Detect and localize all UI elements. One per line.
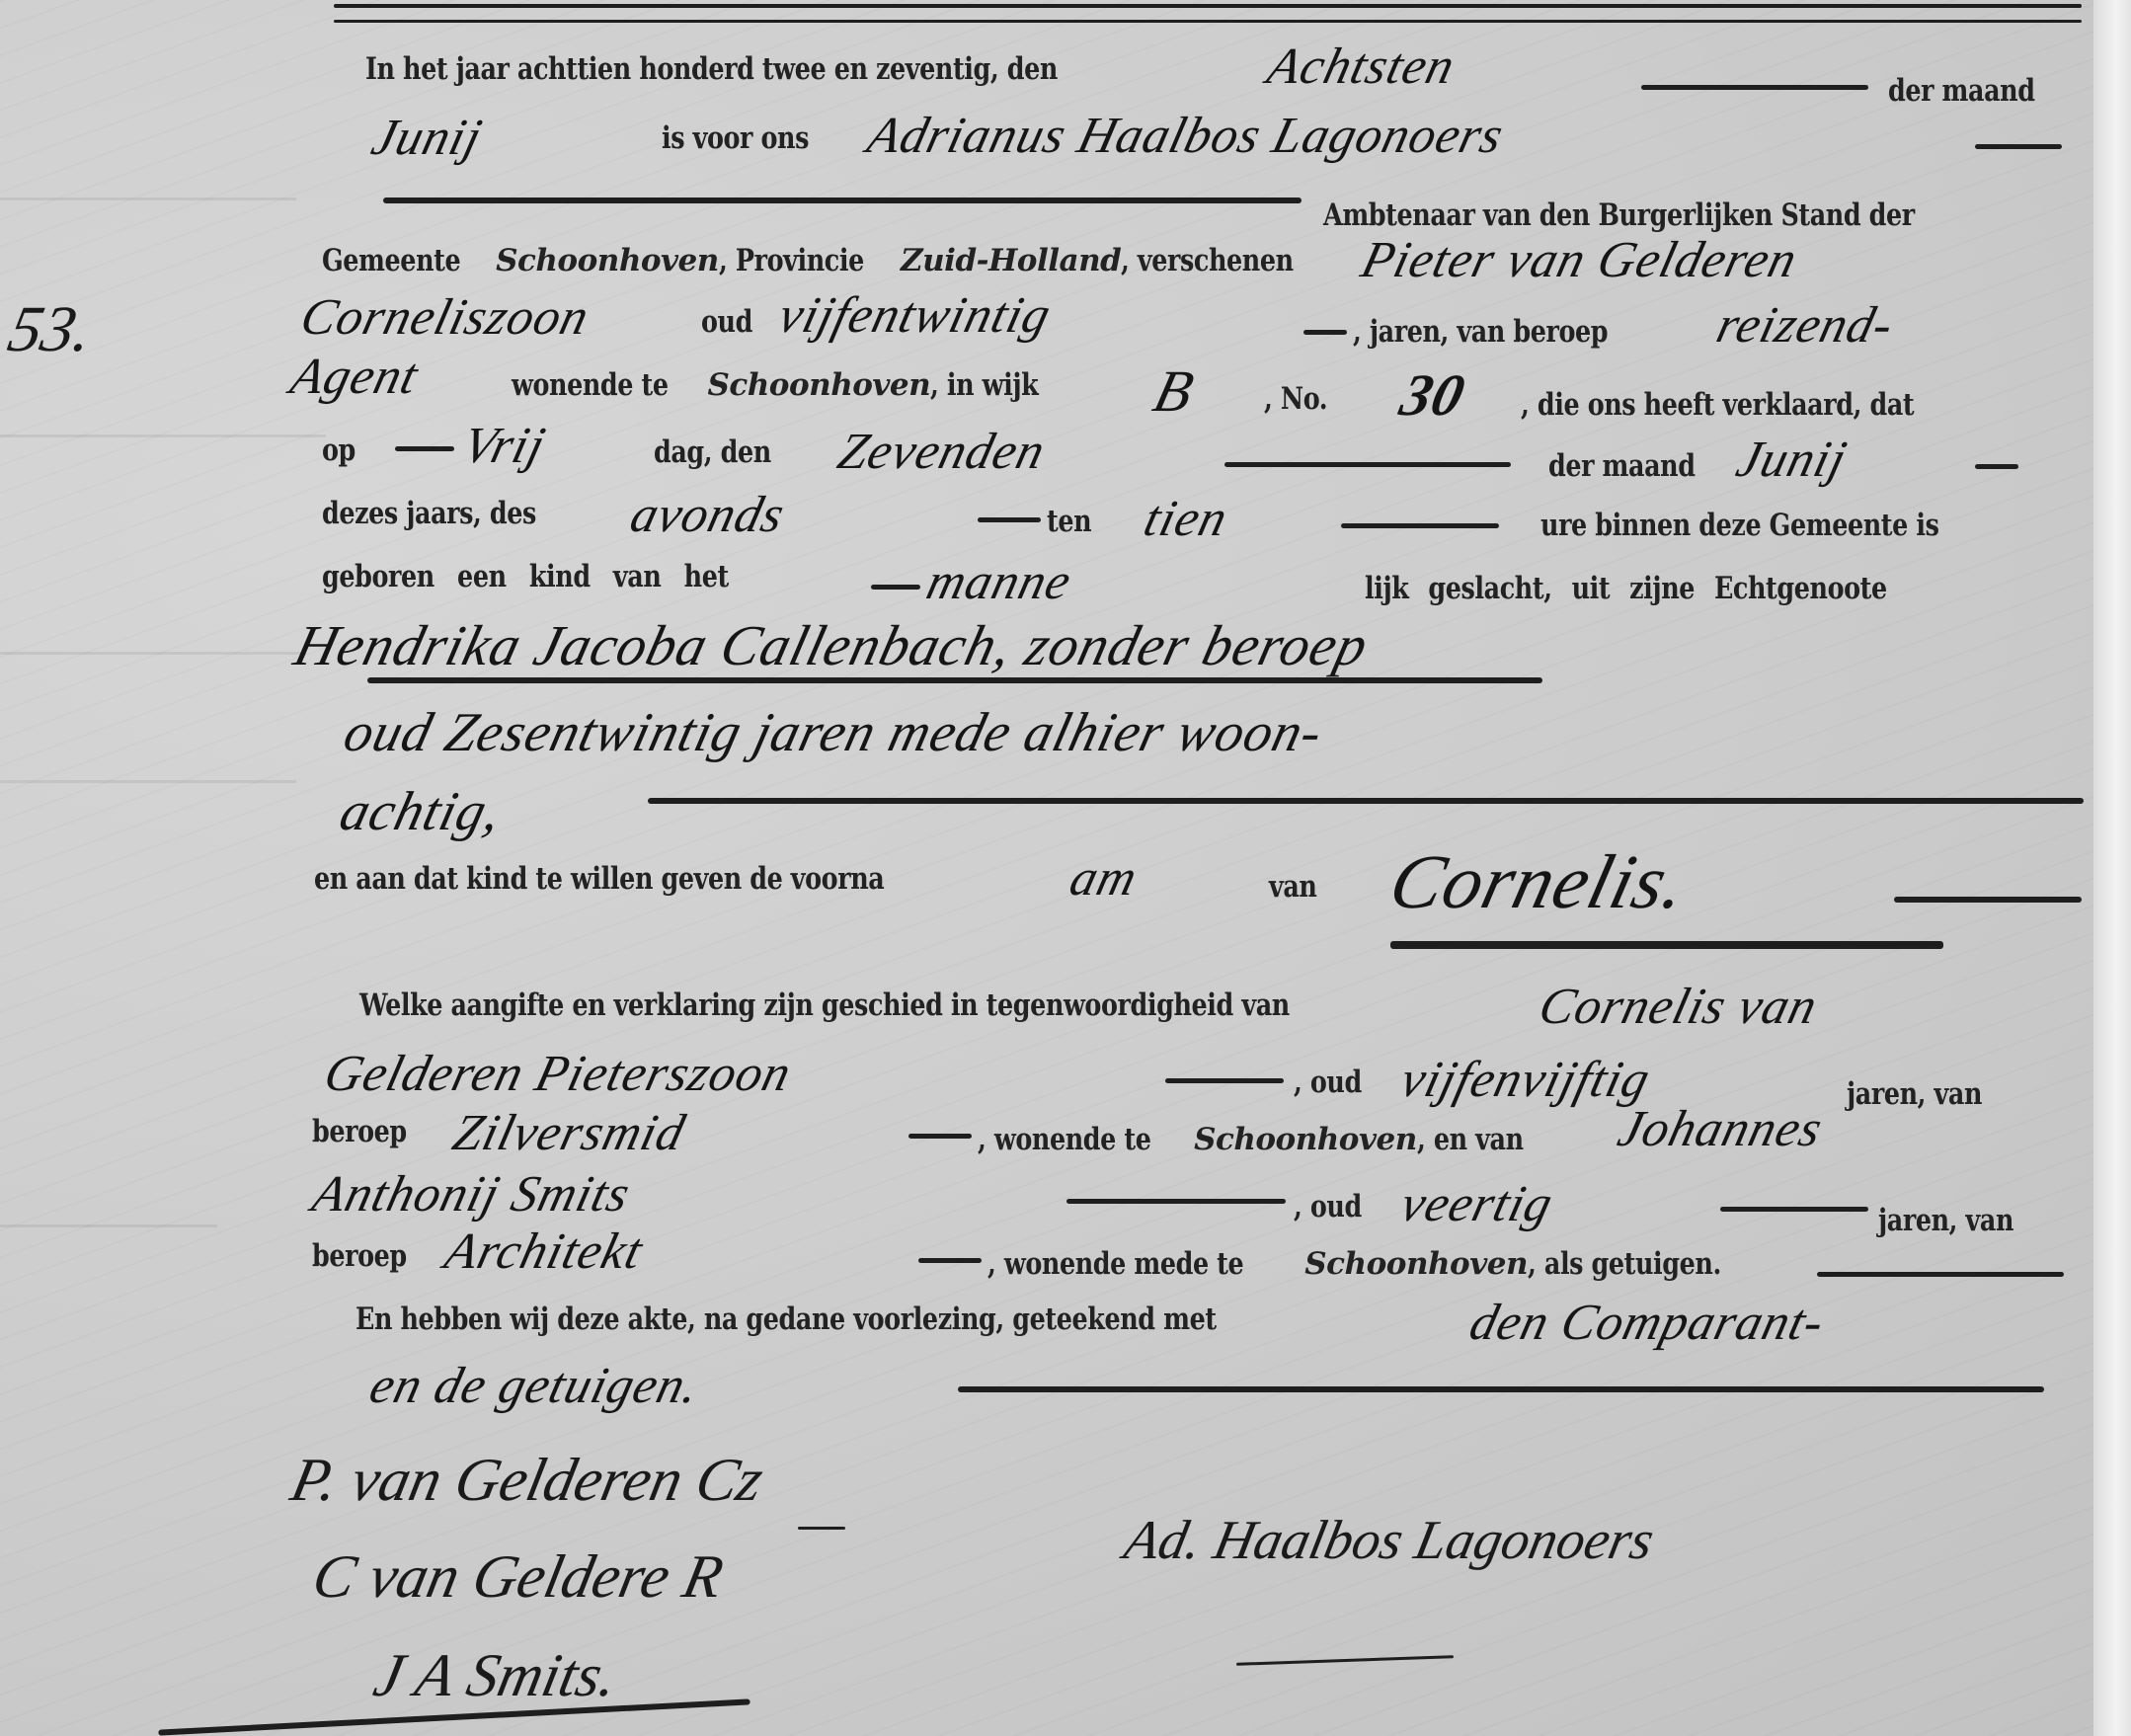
line-6-printed-c: , No. bbox=[1264, 381, 1341, 417]
line-16-printed-b: , wonende te Schoonhoven, en van bbox=[978, 1122, 1546, 1157]
underline-mother bbox=[367, 677, 1542, 683]
line-2-hand-official: Adrianus Haalbos Lagonoers bbox=[869, 107, 1502, 165]
line-6-printed-d: , die ons heeft verklaard, dat bbox=[1521, 387, 2001, 423]
line-15-hand-witness: Gelderen Pieterszoon bbox=[326, 1045, 790, 1103]
line-13-hand-a: am bbox=[1071, 849, 1137, 907]
line-13-printed-a: en aan dat kind te willen geven de voorn… bbox=[314, 861, 1009, 897]
line-9-hand-sex: manne bbox=[928, 553, 1070, 611]
line-6-hand-no: 30 bbox=[1402, 361, 1463, 430]
line-7-hand-month: Junij bbox=[1738, 431, 1846, 489]
fill-line bbox=[395, 446, 454, 451]
signature-underline bbox=[798, 1527, 845, 1530]
signature-witness-1: C van Geldere R bbox=[306, 1542, 729, 1613]
fill-line bbox=[1303, 330, 1347, 335]
line-8-printed-b: ten bbox=[1047, 504, 1101, 539]
fill-line bbox=[1641, 85, 1868, 90]
line-16-printed-a: beroep bbox=[312, 1114, 428, 1149]
line-2-printed: is voor ons bbox=[662, 120, 841, 156]
line-5-printed-a: oud bbox=[701, 304, 763, 340]
page-edge bbox=[2093, 0, 2131, 1736]
line-1-printed-b: der maand bbox=[1888, 73, 2067, 109]
child-name: Cornelis. bbox=[1392, 837, 1686, 926]
municipality: Schoonhoven bbox=[496, 243, 719, 278]
province: Zuid-Holland bbox=[901, 243, 1121, 278]
line-6-hand-a: Agent bbox=[292, 348, 417, 406]
line-6-hand-wijk: B bbox=[1155, 357, 1193, 426]
fill-line bbox=[1975, 144, 2062, 149]
underline-child-name bbox=[1390, 941, 1943, 949]
fill-line bbox=[978, 517, 1041, 522]
line-9-printed-a: geboren een kind van het bbox=[322, 559, 818, 594]
line-5-hand-occ: reizend- bbox=[1718, 296, 1892, 355]
line-8-hand-hour: tien bbox=[1145, 490, 1226, 548]
line-8-printed-c: ure binnen deze Gemeente is bbox=[1540, 508, 2026, 543]
line-16-hand-occ: Zilversmid bbox=[454, 1104, 683, 1162]
fill-line bbox=[648, 798, 2084, 804]
line-17-printed-b: jaren, van bbox=[1878, 1203, 2043, 1238]
line-17-hand-witness: Anthonij Smits bbox=[314, 1165, 629, 1223]
bleed-through-line bbox=[0, 1224, 217, 1227]
top-rule bbox=[334, 4, 2082, 8]
fill-line bbox=[908, 1134, 972, 1139]
line-1-hand-day: Achtsten bbox=[1269, 38, 1454, 96]
fill-line bbox=[1224, 462, 1511, 467]
line-17-printed-a: , oud bbox=[1294, 1189, 1377, 1224]
fill-line bbox=[1066, 1199, 1286, 1204]
line-5-hand-age: vijfentwintig bbox=[780, 286, 1050, 345]
line-1-printed: In het jaar achttien honderd twee en zev… bbox=[365, 51, 1210, 87]
fill-line bbox=[958, 1386, 2044, 1392]
line-17-hand-age: veertig bbox=[1402, 1175, 1551, 1233]
line-18-printed-a: beroep bbox=[312, 1238, 428, 1274]
line-3-printed: Ambtenaar van den Burgerlijken Stand der bbox=[1323, 197, 2044, 233]
fill-line bbox=[1894, 897, 2082, 903]
line-7-hand-date: Zevenden bbox=[839, 423, 1044, 481]
fill-line bbox=[871, 585, 920, 590]
line-15-printed-a: , oud bbox=[1294, 1065, 1377, 1100]
line-11-hand: oud Zesentwintig jaren mede alhier woon- bbox=[346, 701, 1321, 764]
bleed-through-line bbox=[0, 780, 296, 783]
line-8-hand-time: avonds bbox=[632, 486, 783, 544]
line-19-printed: En hebben wij deze akte, na gedane voorl… bbox=[355, 1302, 1405, 1337]
line-7-hand-day: Vrij bbox=[464, 417, 544, 475]
fill-line bbox=[918, 1258, 982, 1263]
bleed-through-line bbox=[0, 652, 306, 655]
act-number: 53. bbox=[2, 292, 100, 367]
line-14-printed-a: Welke aangifte en verklaring zijn geschi… bbox=[359, 987, 1494, 1023]
line-5-hand-a: Corneliszoon bbox=[302, 288, 588, 347]
line-15-hand-age: vijfenvijftig bbox=[1402, 1051, 1649, 1109]
line-18-printed-b: , wonende mede te Schoonhoven, als getui… bbox=[987, 1246, 1764, 1282]
signature-official: Ad. Haalbos Lagonoers bbox=[1119, 1509, 1659, 1572]
fill-line bbox=[1165, 1078, 1284, 1083]
line-4-printed: Gemeente Schoonhoven, Provincie Zuid-Hol… bbox=[322, 243, 1331, 278]
line-9-printed-b: lijk geslacht, uit zijne Echtgenoote bbox=[1365, 571, 2002, 606]
line-10-hand-mother: Hendrika Jacoba Callenbach, zonder beroe… bbox=[296, 612, 1367, 678]
line-7-printed-c: der maand bbox=[1548, 448, 1727, 484]
line-14-hand: Cornelis van bbox=[1540, 978, 1816, 1036]
line-5-printed-b: , jaren, van beroep bbox=[1353, 314, 1664, 350]
line-19-hand: den Comparant- bbox=[1471, 1294, 1823, 1352]
signature-declarant: P. van Gelderen Cz bbox=[284, 1446, 768, 1516]
bleed-through-line bbox=[0, 434, 326, 437]
line-13-printed-b: van bbox=[1269, 869, 1327, 905]
line-15-printed-b: jaren, van bbox=[1847, 1076, 2012, 1112]
line-20-hand: en de getuigen. bbox=[371, 1357, 698, 1415]
signature-witness-2: J A Smits. bbox=[367, 1641, 623, 1711]
top-rule-2 bbox=[334, 20, 2082, 23]
line-2-hand-month: Junij bbox=[373, 109, 481, 167]
line-7-printed-b: dag, den bbox=[654, 434, 797, 470]
bleed-through-line bbox=[0, 197, 296, 200]
line-12-hand: achtig, bbox=[342, 780, 501, 843]
line-8-printed-a: dezes jaars, des bbox=[322, 496, 584, 531]
fill-line bbox=[383, 197, 1302, 203]
line-16-hand-witness2: Johannes bbox=[1619, 1100, 1821, 1158]
fill-line bbox=[1720, 1207, 1868, 1212]
fill-line bbox=[1341, 523, 1499, 528]
fill-line bbox=[1975, 464, 2018, 469]
line-4-hand-declarant: Pieter van Gelderen bbox=[1363, 231, 1796, 289]
fill-line bbox=[1817, 1272, 2064, 1277]
line-6-printed: wonende te Schoonhoven, in wijk bbox=[512, 367, 1063, 403]
line-18-hand-occ: Architekt bbox=[446, 1223, 642, 1281]
line-7-printed-a: op bbox=[322, 433, 362, 468]
